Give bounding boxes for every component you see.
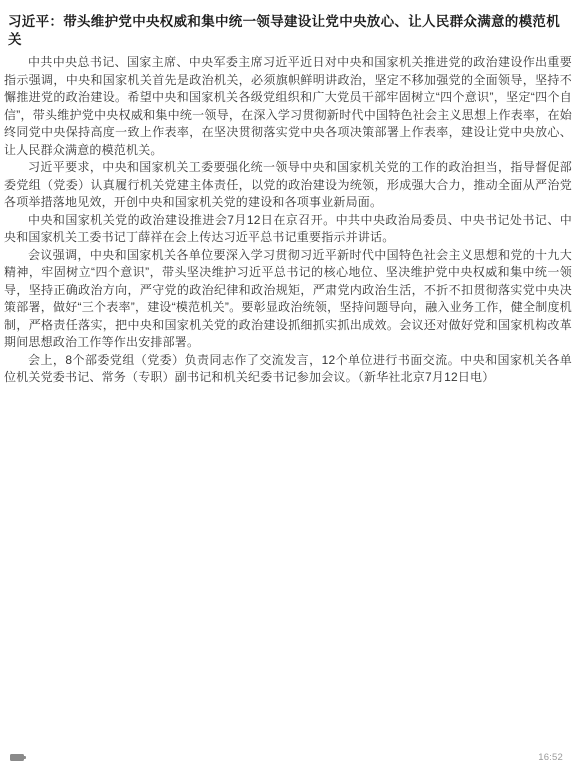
article-paragraph-3: 中央和国家机关党的政治建设推进会7月12日在京召开。中共中央政治局委员、中央书记… <box>4 212 572 247</box>
battery-icon <box>10 754 27 761</box>
article-paragraph-5: 会上，8个部委党组（党委）负责同志作了交流发言，12个单位进行书面交流。中央和国… <box>4 352 572 387</box>
article-paragraph-1: 中共中央总书记、国家主席、中央军委主席习近平近日对中央和国家机关推进党的政治建设… <box>4 54 572 159</box>
article-title: 习近平：带头维护党中央权威和集中统一领导建设让党中央放心、让人民群众满意的模范机… <box>4 13 572 49</box>
battery-icon-nub <box>24 756 26 759</box>
clock-time: 16:52 <box>538 752 563 763</box>
battery-icon-body <box>10 754 24 761</box>
article-paragraph-4: 会议强调，中央和国家机关各单位要深入学习贯彻习近平新时代中国特色社会主义思想和党… <box>4 247 572 352</box>
article-paragraph-2: 习近平要求，中央和国家机关工委要强化统一领导中央和国家机关党的工作的政治担当，指… <box>4 159 572 212</box>
article-body[interactable]: 习近平：带头维护党中央权威和集中统一领导建设让党中央放心、让人民群众满意的模范机… <box>0 0 576 387</box>
status-bar: 16:52 <box>0 750 576 764</box>
reader-page: 习近平：带头维护党中央权威和集中统一领导建设让党中央放心、让人民群众满意的模范机… <box>0 0 576 768</box>
